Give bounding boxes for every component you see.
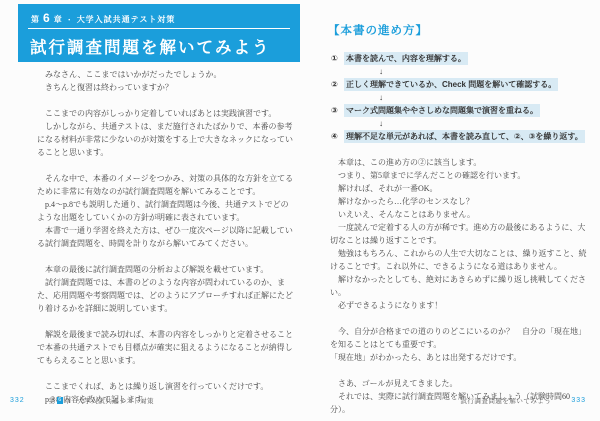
step-text-highlighted: 理解不足な単元があれば、本書を読み直して、②、③を繰り返す。 <box>344 130 585 143</box>
study-steps-list: ①本書を読んで、内容を理解する。↓②正しく理解できているか、Check 問題を解… <box>331 52 593 143</box>
left-footer: 332 第 6 章 大学入試共通テスト対策 <box>10 396 154 405</box>
paragraph-block: 解説を最後まで読み切れば、本書の内容をしっかりと定着させることで本番の共通テスト… <box>37 328 295 367</box>
text-line: 一度読んで定着する人の方が稀です。進め方の最後にあるように、大切なことは繰り返す… <box>330 221 588 247</box>
text-line: 今、自分が合格までの道のりのどこにいるのか？ 自分の「現在地」を知ることはとても… <box>330 325 588 351</box>
footer-chapter-post: 章 <box>64 396 71 405</box>
text-line: 必ずできるようになります！ <box>330 299 588 312</box>
text-line: そんな中で、本番のイメージをつかみ、対策の具体的な方針を立てるために非常に有効な… <box>37 172 295 198</box>
paragraph-block: 本章の最後に試行調査問題の分析および解説を載せています。 試行調査問題では、本書… <box>37 263 295 315</box>
paragraph-block: みなさん、ここまではいかがだったでしょうか。 きちんと復習は終わっていますか？ <box>37 68 295 94</box>
footer-section-title: 試行調査問題を解いてみよう <box>460 396 551 405</box>
series-title: 大学入試共通テスト対策 <box>77 14 176 25</box>
left-page-number: 332 <box>10 397 25 404</box>
text-line: さあ、ゴールが見えてきました。 <box>330 377 588 390</box>
step-text-highlighted: 本書を読んで、内容を理解する。 <box>344 52 468 65</box>
right-page-number: 333 <box>571 397 586 404</box>
footer-chapter-title: 大学入試共通テスト対策 <box>77 396 154 405</box>
step-number: ② <box>331 78 344 91</box>
text-line: 本章の最後に試行調査問題の分析および解説を載せています。 <box>37 263 295 276</box>
book-spread: 第6章 ・ 大学入試共通テスト対策 試行調査問題を解いてみよう みなさん、ここま… <box>0 0 600 421</box>
paragraph-block: そんな中で、本番のイメージをつかみ、対策の具体的な方針を立てるために非常に有効な… <box>37 172 295 250</box>
text-line: p.4～p.8でも説明した通り、試行調査問題は今後、共通テストでどのような出題を… <box>37 198 295 224</box>
step-number: ④ <box>331 130 344 143</box>
text-line: 試行調査問題では、本書のどのような内容が問われているのか、また、応用問題や考察問… <box>37 276 295 315</box>
text-line: 勉強はもちろん、これからの人生で大切なことは、繰り返すこと、続けることです。これ… <box>330 247 588 273</box>
left-page-body: みなさん、ここまではいかがだったでしょうか。 きちんと復習は終わっていますか？ … <box>37 68 295 406</box>
text-line: 本章は、この進め方の②に該当します。 <box>330 156 588 169</box>
study-step: ④理解不足な単元があれば、本書を読み直して、②、③を繰り返す。 <box>331 130 593 143</box>
chapter-number: 6 <box>43 11 51 25</box>
text-line: 解ければ、それが一番OK。 <box>330 182 588 195</box>
right-page-body: 本章は、この進め方の②に該当します。 つまり、第5章までに学んだことの確認を行い… <box>330 156 588 416</box>
down-arrow-icon: ↓ <box>331 117 593 130</box>
step-number: ③ <box>331 104 344 117</box>
down-arrow-icon: ↓ <box>331 91 593 104</box>
chapter-no-post: 章 <box>54 14 63 25</box>
down-arrow-icon: ↓ <box>331 65 593 78</box>
footer-chapter-pre: 第 <box>49 396 56 405</box>
text-line: しかしながら、共通テストは、まだ施行されたばかりで、本番の参考になる材料が非常に… <box>37 120 295 159</box>
step-text-highlighted: マーク式問題集ややさしめな問題集で演習を重ねる。 <box>344 104 540 117</box>
text-line: 本書で一通り学習を終えた方は、ぜひ一度次ページ以降に記載している試行調査問題を、… <box>37 224 295 250</box>
chapter-separator-dot: ・ <box>66 15 74 25</box>
text-line: 解けなかったとしても、絶対にあきらめずに繰り返し挑戦してください。 <box>330 273 588 299</box>
study-step: ③マーク式問題集ややさしめな問題集で演習を重ねる。 <box>331 104 593 117</box>
step-number: ① <box>331 52 344 65</box>
text-line: つまり、第5章までに学んだことの確認を行います。 <box>330 169 588 182</box>
chapter-no-pre: 第 <box>31 14 40 25</box>
text-line: みなさん、ここまではいかがだったでしょうか。 <box>37 68 295 81</box>
text-line: 解説を最後まで読み切れば、本書の内容をしっかりと定着させることで本番の共通テスト… <box>37 328 295 367</box>
text-line: ここまでの内容がしっかり定着していればあとは実践演習です。 <box>37 107 295 120</box>
chapter-line: 第6章 ・ 大学入試共通テスト対策 <box>18 4 300 27</box>
study-step: ①本書を読んで、内容を理解する。 <box>331 52 593 65</box>
step-text-highlighted: 正しく理解できているか、Check 問題を解いて確認する。 <box>344 78 558 91</box>
page-title: 試行調査問題を解いてみよう <box>18 29 300 58</box>
text-line: きちんと復習は終わっていますか？ <box>37 81 295 94</box>
text-line: 「現在地」がわかったら、あとは出発するだけです。 <box>330 351 588 364</box>
footer-chapter-number-badge: 6 <box>57 397 64 404</box>
footer-chapter-label: 第 6 章 大学入試共通テスト対策 <box>49 396 154 405</box>
section-title: 【本書の進め方】 <box>328 22 428 38</box>
text-line: 解けなかったら…化学のセンスなし？ <box>330 195 588 208</box>
text-line: ここまでくれば、あとは繰り返し演習を行っていくだけです。 <box>37 380 295 393</box>
paragraph-block: 今、自分が合格までの道のりのどこにいるのか？ 自分の「現在地」を知ることはとても… <box>330 325 588 364</box>
right-footer: 試行調査問題を解いてみよう 333 <box>460 396 586 405</box>
paragraph-block: ここまでの内容がしっかり定着していればあとは実践演習です。 しかしながら、共通テ… <box>37 107 295 159</box>
study-step: ②正しく理解できているか、Check 問題を解いて確認する。 <box>331 78 593 91</box>
text-line: いえいえ、そんなことはありません。 <box>330 208 588 221</box>
paragraph-block: 本章は、この進め方の②に該当します。 つまり、第5章までに学んだことの確認を行い… <box>330 156 588 312</box>
chapter-header-box: 第6章 ・ 大学入試共通テスト対策 試行調査問題を解いてみよう <box>18 4 300 62</box>
